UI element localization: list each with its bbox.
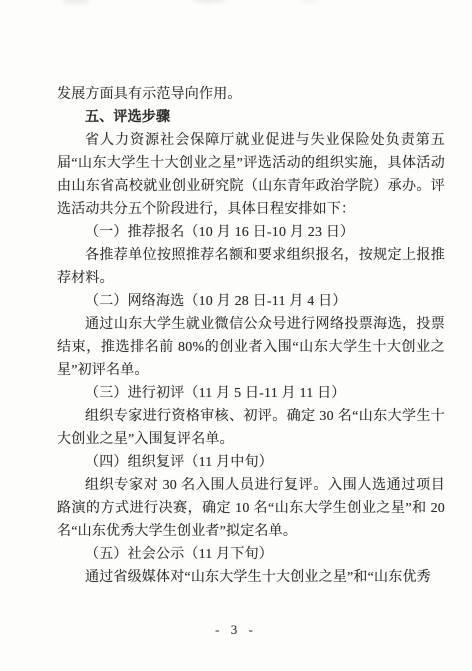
stage-3-heading: （三）进行初评（11 月 5 日-11 月 11 日） [57,382,445,405]
body-paragraph-cut: 通过省级媒体对“山东大学生十大创业之星”和“山东优秀 [57,566,445,589]
stage-1-heading: （一）推荐报名（10 月 16 日-10 月 23 日） [57,221,445,244]
body-paragraph: 各推荐单位按照推荐名额和要求组织报名，按规定上报推荐材料。 [57,244,445,290]
paragraph-continuation: 发展方面具有示范导向作用。 [57,83,445,106]
stage-2-heading: （二）网络海选（10 月 28 日-11 月 4 日） [57,290,445,313]
scan-smudge [192,0,226,3]
page-number: - 3 - [0,622,472,638]
body-paragraph: 组织专家对 30 名入围人员进行复评。入围人选通过项目路演的方式进行决赛，确定 … [57,474,445,543]
scan-smudge [62,0,90,4]
stage-4-heading: （四）组织复评（11 月中旬） [57,451,445,474]
section-heading: 五、评选步骤 [57,106,445,129]
stage-5-heading: （五）社会公示（11 月下旬） [57,543,445,566]
document-body: 发展方面具有示范导向作用。 五、评选步骤 省人力资源社会保障厅就业促进与失业保险… [57,83,445,589]
body-paragraph: 省人力资源社会保障厅就业促进与失业保险处负责第五届“山东大学生十大创业之星”评选… [57,129,445,221]
document-page: 发展方面具有示范导向作用。 五、评选步骤 省人力资源社会保障厅就业促进与失业保险… [0,0,472,671]
body-paragraph: 组织专家进行资格审核、初评。确定 30 名“山东大学生十大创业之星”入围复评名单… [57,405,445,451]
body-paragraph: 通过山东大学生就业微信公众号进行网络投票海选，投票结束，推选排名前 80%的创业… [57,313,445,382]
scan-smudge [300,0,318,3]
